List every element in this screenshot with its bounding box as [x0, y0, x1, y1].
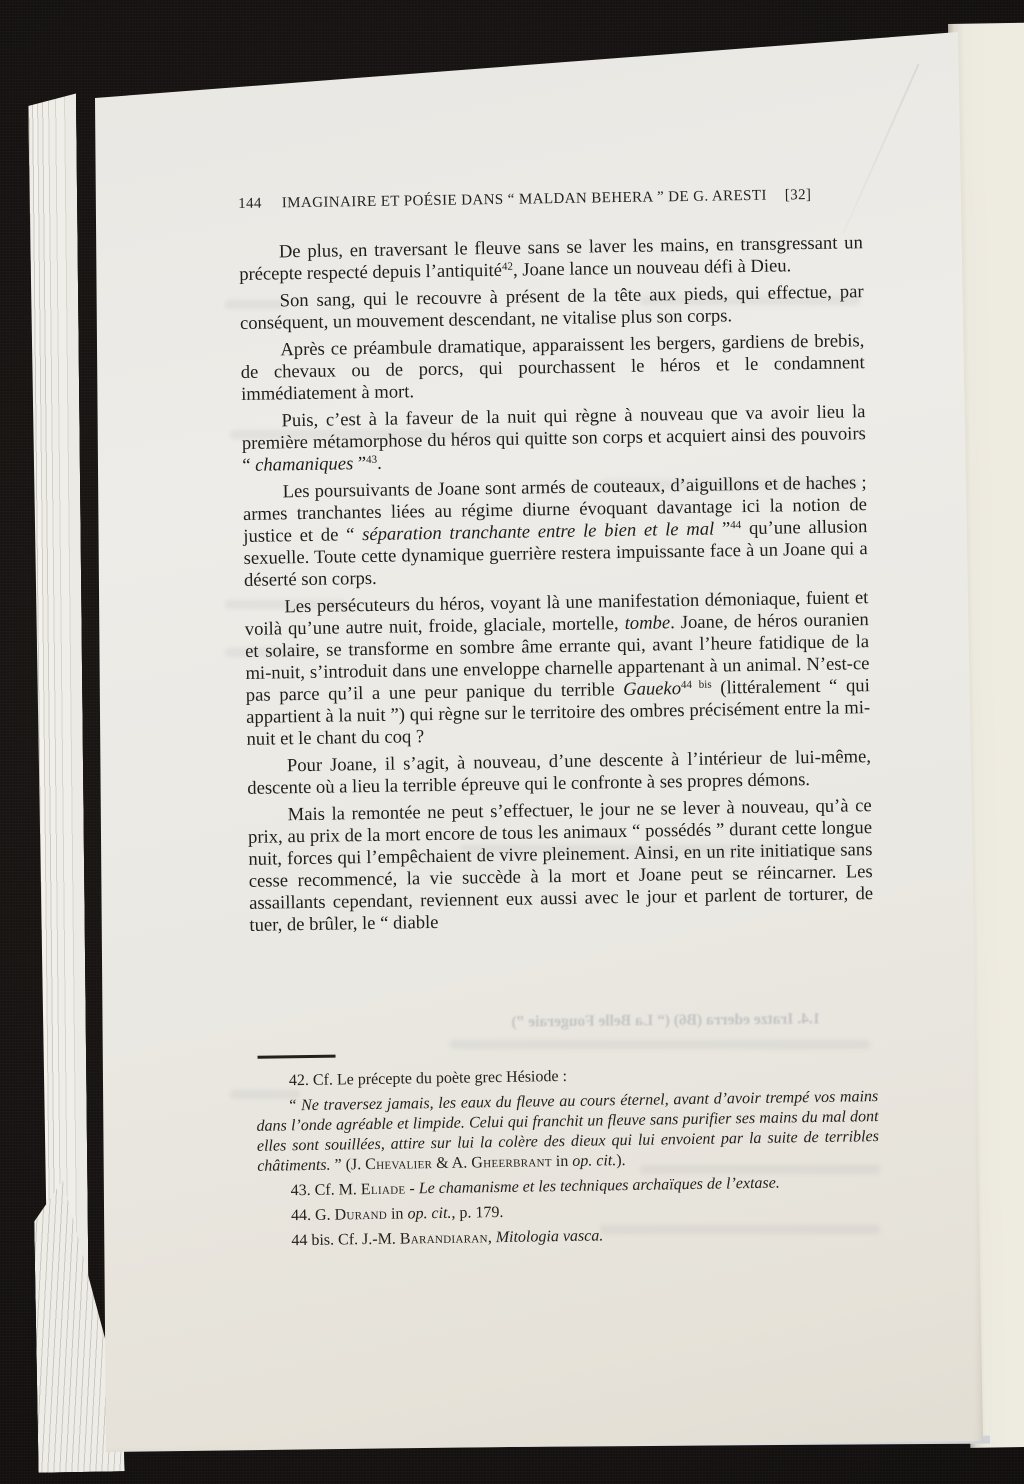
footnote: 44. G. Durand in op. cit., p. 179.	[258, 1197, 880, 1227]
footnote-list: 42. Cf. Le précepte du poète grec Hésiod…	[256, 1062, 881, 1252]
footnote-rule	[258, 1055, 336, 1059]
printed-content: 144IMAGINAIRE ET POÉSIE DANS “ MALDAN BE…	[238, 186, 880, 1326]
running-title: IMAGINAIRE ET POÉSIE DANS “ MALDAN BEHER…	[282, 188, 767, 212]
body-text: De plus, en traversant le fleuve sans se…	[239, 232, 874, 937]
paragraph: Les persécuteurs du héros, voyant là une…	[244, 587, 870, 751]
paragraph: De plus, en traversant le fleuve sans se…	[239, 232, 864, 286]
bracket-reference: [32]	[785, 187, 812, 203]
footnote: 44 bis. Cf. J.-M. Barandiaran, Mitologia…	[258, 1222, 880, 1252]
paragraph: Pour Joane, il s’agit, à nouveau, d’une …	[247, 746, 872, 800]
paragraph: Son sang, qui le recouvre à présent de l…	[239, 281, 864, 335]
photo-background: 1.4. Iratze ederra (B6) (“ La Belle Foug…	[0, 0, 1024, 1484]
footnote: 42. Cf. Le précepte du poète grec Hésiod…	[256, 1062, 878, 1092]
book-page: 1.4. Iratze ederra (B6) (“ La Belle Foug…	[88, 28, 990, 1455]
paragraph: Puis, c’est à la faveur de la nuit qui r…	[241, 401, 866, 477]
running-head: 144IMAGINAIRE ET POÉSIE DANS “ MALDAN BE…	[238, 186, 862, 213]
footnotes: 42. Cf. Le précepte du poète grec Hésiod…	[256, 1046, 881, 1256]
footnote: “ Ne traversez jamais, les eaux du fleuv…	[256, 1087, 879, 1177]
footnote: 43. Cf. M. Eliade - Le chamanisme et les…	[257, 1172, 879, 1202]
paragraph: Après ce préambule dramatique, apparaiss…	[240, 330, 865, 406]
page-number: 144	[238, 196, 262, 212]
paragraph: Les poursuivants de Joane sont armés de …	[242, 472, 868, 592]
paragraph: Mais la remontée ne peut s’effectuer, le…	[248, 795, 874, 937]
